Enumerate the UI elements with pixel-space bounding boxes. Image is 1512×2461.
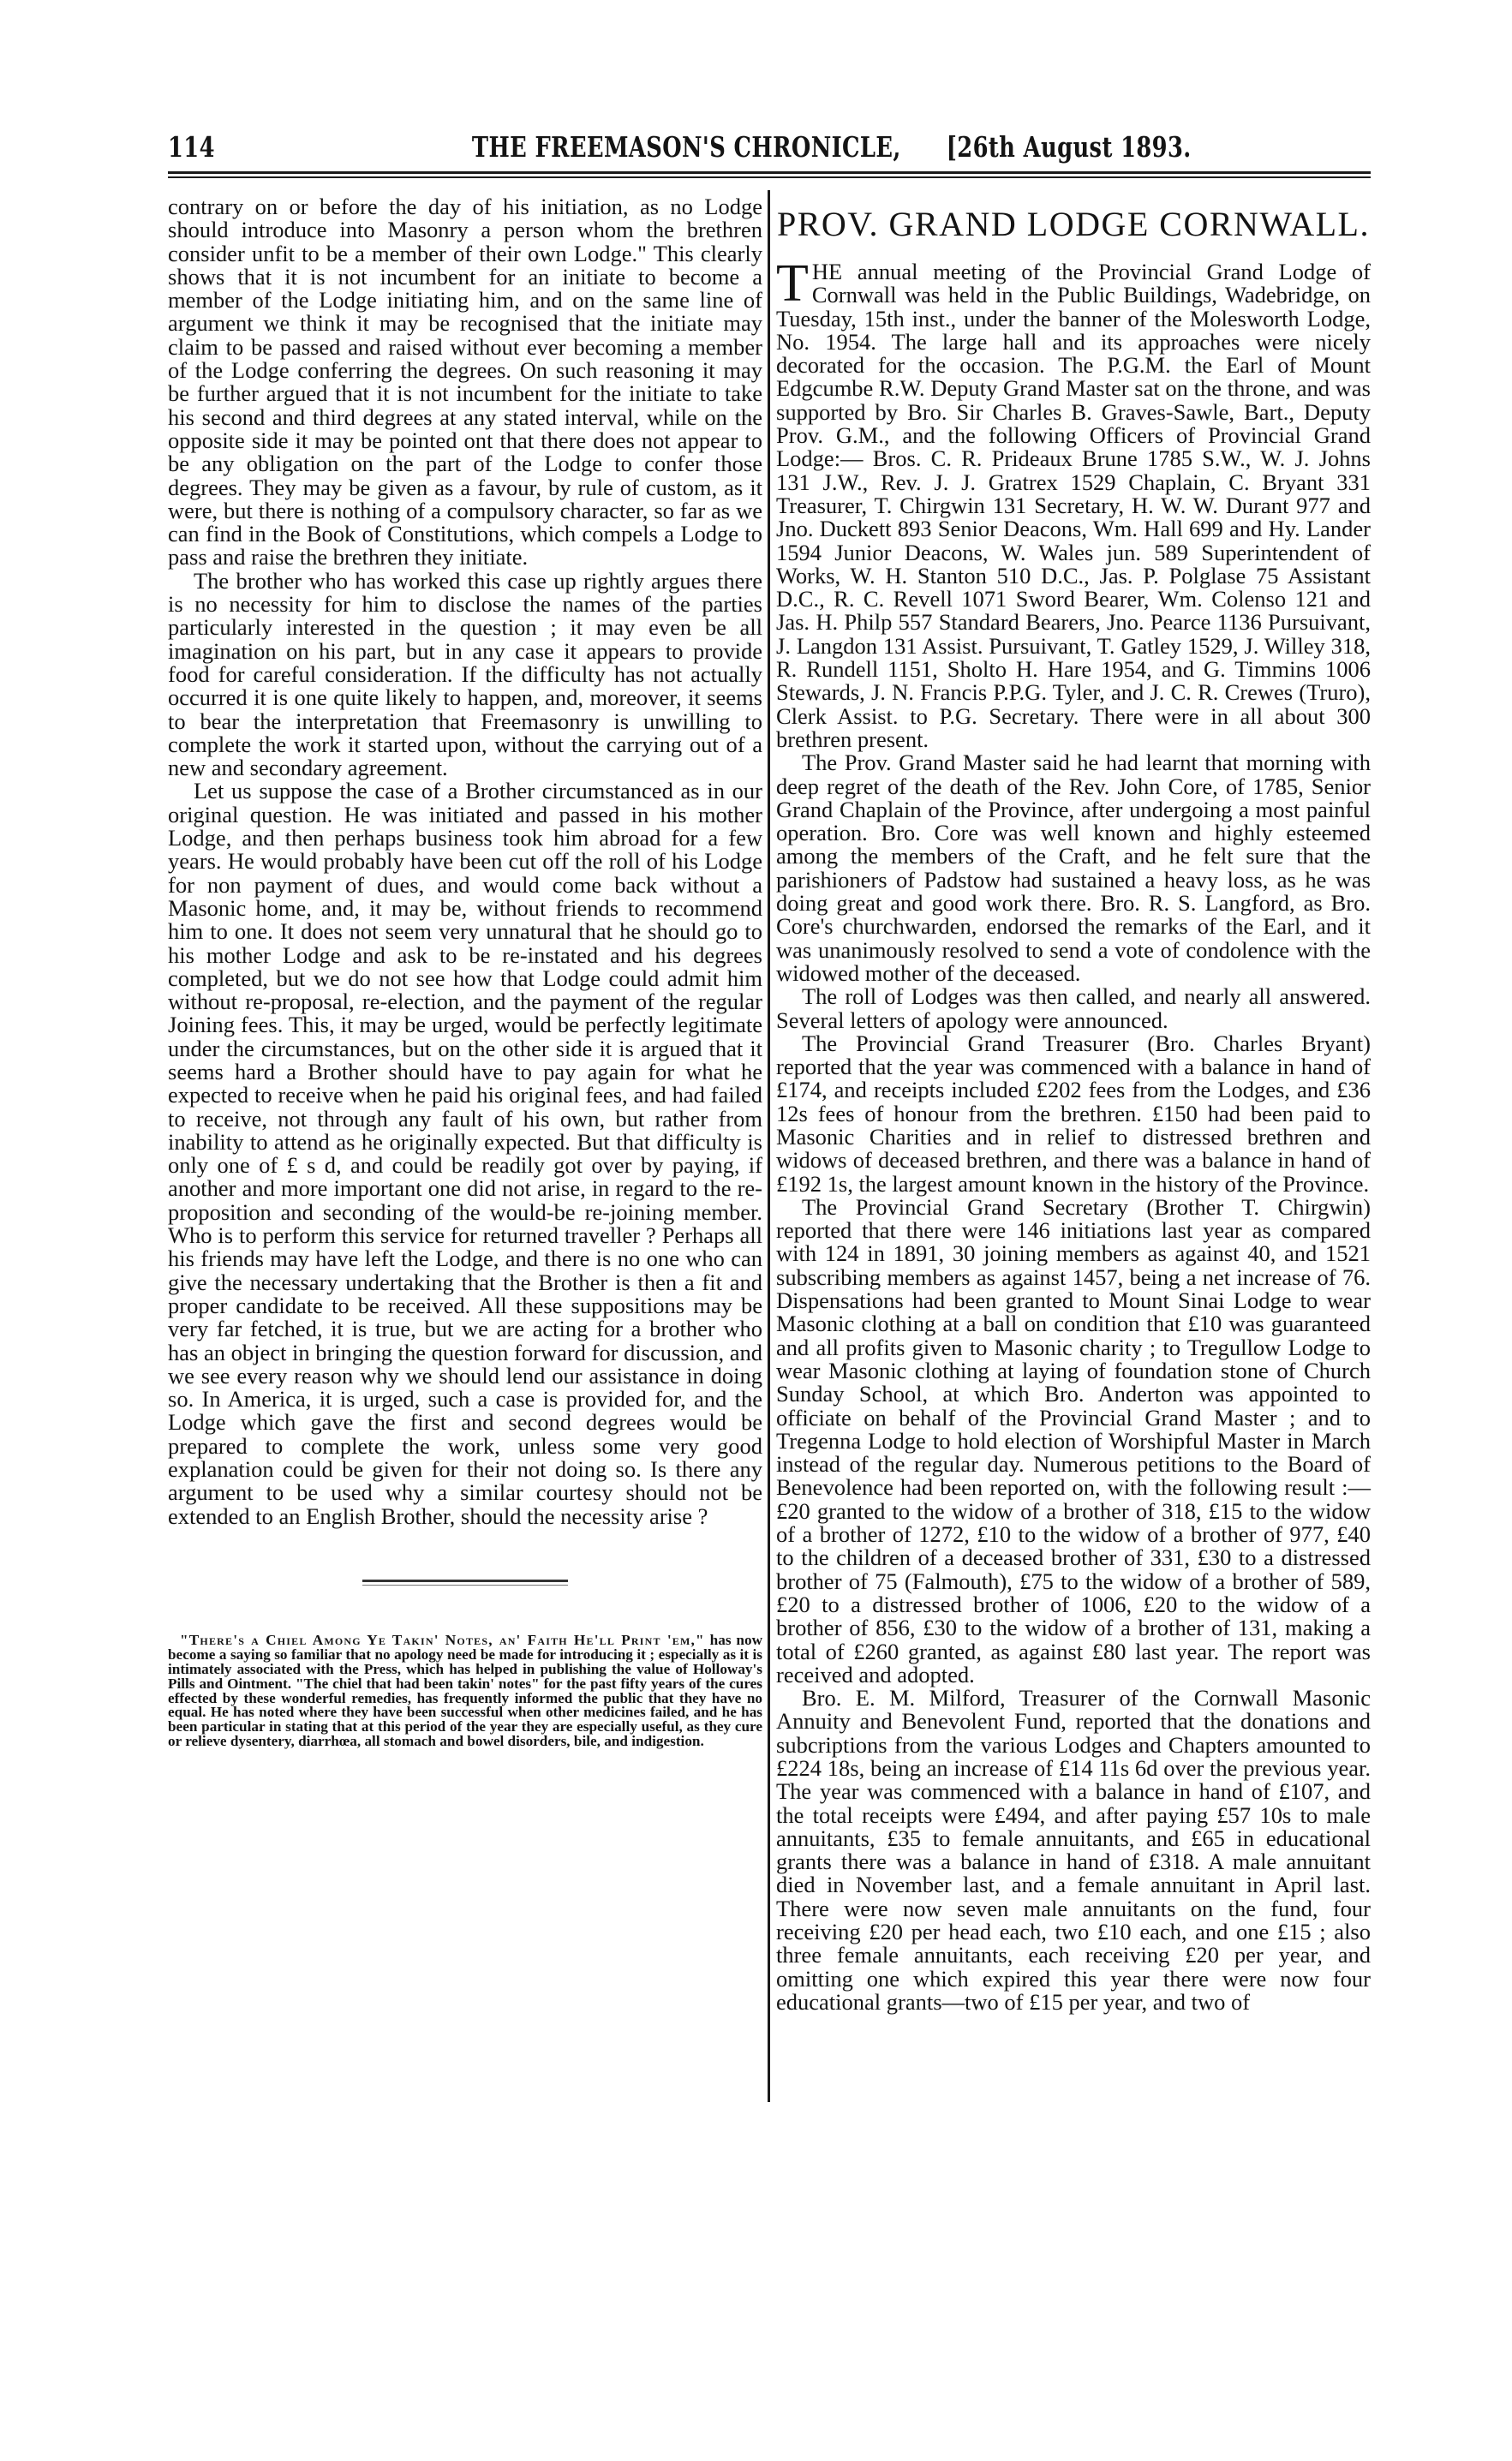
footnote-divider-thin [362,1585,568,1586]
masthead-rule-top [168,171,1371,174]
masthead-rule-bottom [168,176,1371,178]
left-column: contrary on or before the day of his ini… [168,195,762,1749]
article-headline: PROV. GRAND LODGE CORNWALL. [776,206,1371,243]
page-number: 114 [168,130,215,164]
advertisement-footnote: "There's a Chiel Among Ye Takin' Notes, … [168,1634,762,1749]
article-paragraph: HE annual meeting of the Provincial Gran… [776,259,1371,752]
right-column: PROV. GRAND LODGE CORNWALL. THE annual m… [776,195,1371,2014]
article-paragraph: Bro. E. M. Milford, Treasurer of the Cor… [776,1687,1371,2014]
article-paragraph: Let us suppose the case of a Brother cir… [168,780,762,1528]
newspaper-page: 114 THE FREEMASON'S CHRONICLE, [26th Aug… [168,127,1371,168]
article-paragraph: The Provincial Grand Treasurer (Bro. Cha… [776,1032,1371,1196]
article-paragraph: contrary on or before the day of his ini… [168,195,762,570]
footnote-divider [362,1580,568,1582]
masthead: 114 THE FREEMASON'S CHRONICLE, [26th Aug… [168,127,1371,168]
article-paragraph: The Prov. Grand Master said he had learn… [776,751,1371,985]
footnote-text: has now become a saying so familiar that… [168,1632,762,1749]
issue-date: [26th August 1893. [947,130,1192,164]
column-divider [768,190,770,2102]
publication-title: THE FREEMASON'S CHRONICLE, [472,130,901,164]
article-paragraph: The brother who has worked this case up … [168,570,762,780]
article-paragraph: The roll of Lodges was then called, and … [776,985,1371,1032]
drop-cap: T [776,262,809,305]
article-paragraph: The Provincial Grand Secretary (Brother … [776,1196,1371,1687]
